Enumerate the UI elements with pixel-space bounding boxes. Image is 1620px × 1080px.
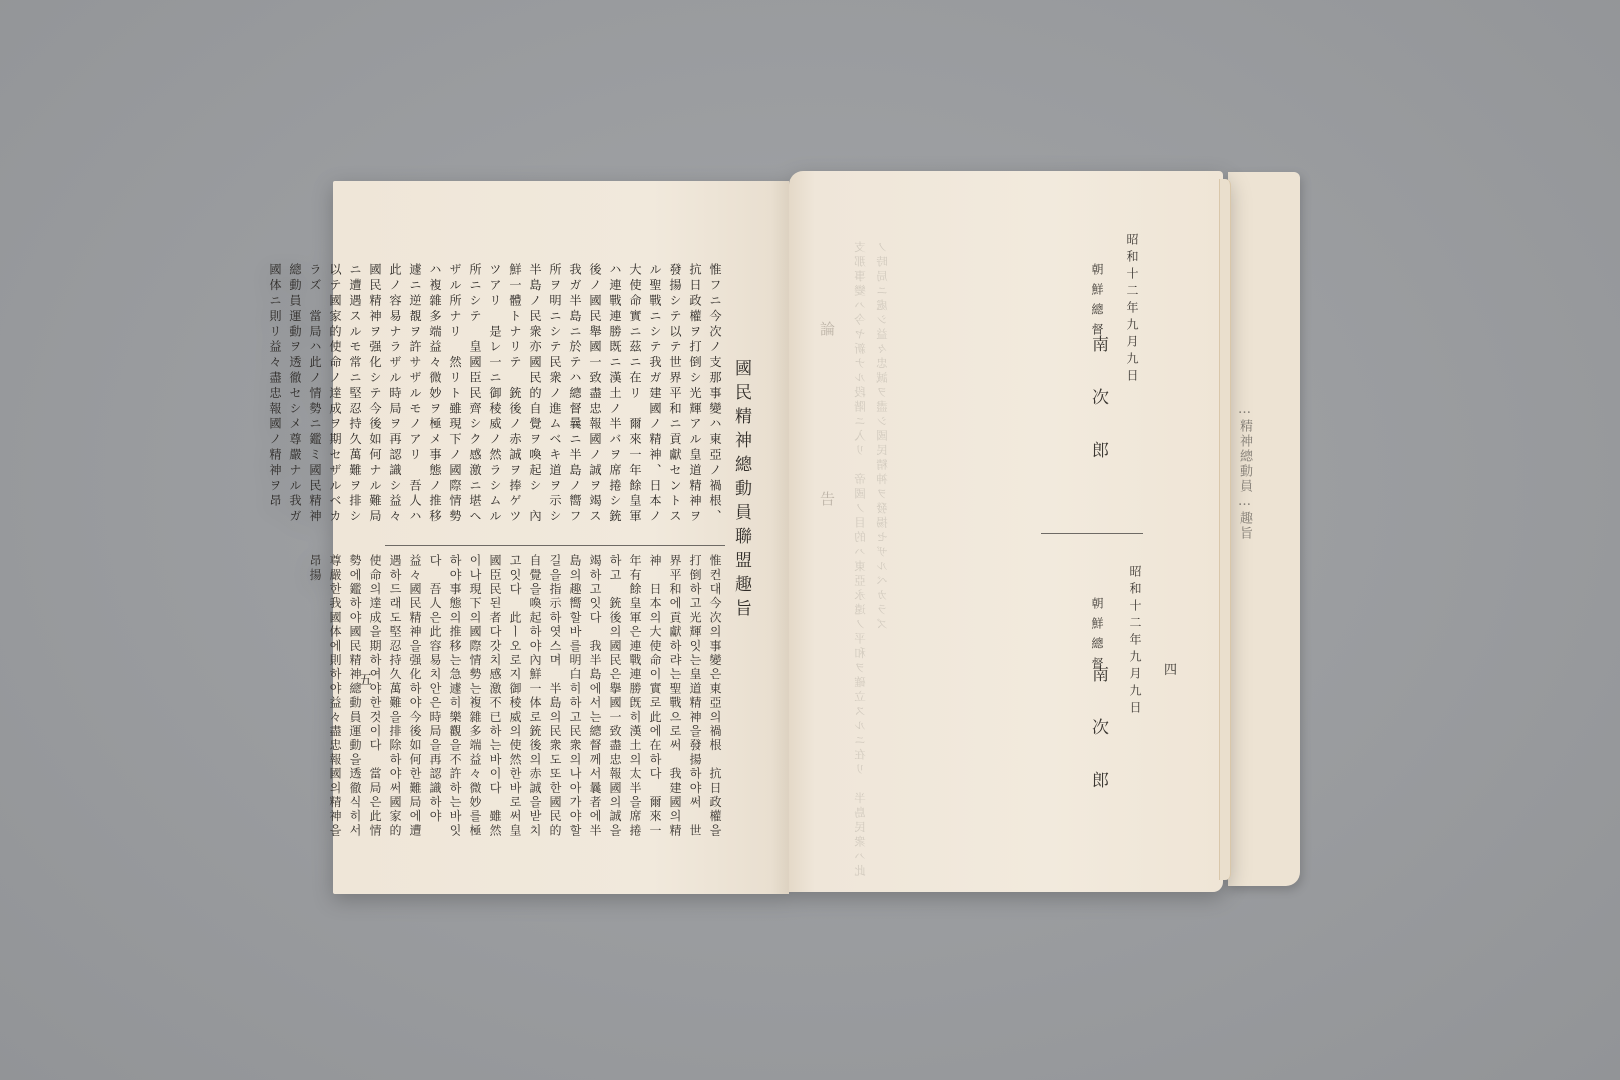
page-number-right: 四 (1164, 659, 1177, 678)
signature-name-korean: 南次郎 (1086, 665, 1111, 824)
japanese-body-text: 惟フニ今次ノ支那事變ハ東亞ノ禍根、抗日政權ヲ打倒シ光輝アル皇道精神ヲ發揚シテ以テ… (385, 263, 725, 531)
underlying-booklet-page: …精神總動員…趣旨 (1228, 172, 1300, 886)
right-page: 支那事變ハ今ヤ新ナル段階ニ入リ 帝國ノ目的ハ東亞永遠ノ平和ヲ確立スルニ在リ 半島… (789, 171, 1223, 892)
signature-name-japanese: 南次郎 (1086, 335, 1111, 494)
signature-office-japanese: 朝鮮總督 (1089, 263, 1106, 343)
signature-date-japanese: 昭和十二年九月九日 (1124, 233, 1141, 386)
left-page: 國民精神總動員聯盟趣旨 惟フニ今次ノ支那事變ハ東亞ノ禍根、抗日政權ヲ打倒シ光輝ア… (333, 181, 789, 894)
open-booklet: 國民精神總動員聯盟趣旨 惟フニ今次ノ支那事變ハ東亞ノ禍根、抗日政權ヲ打倒シ光輝ア… (333, 181, 1226, 894)
signature-date-korean: 昭和十二年九月九日 (1127, 565, 1144, 718)
page-title: 國民精神總動員聯盟趣旨 (729, 359, 754, 623)
page-number-left: 五 (359, 669, 372, 688)
korean-body-text: 惟컨대今次의事變은東亞의禍根 抗日政權을打倒하고光輝잇는皇道精神을發揚하야써 世… (385, 554, 725, 846)
section-divider (385, 545, 725, 546)
bleed-through-text: 支那事變ハ今ヤ新ナル段階ニ入リ 帝國ノ目的ハ東亞永遠ノ平和ヲ確立スルニ在リ 半島… (849, 241, 1099, 881)
back-page-edge-title: …精神總動員…趣旨 (1236, 402, 1254, 541)
faint-heading: 論 告 (817, 321, 838, 576)
page-stack-edge (1219, 179, 1231, 880)
section-divider-right (1041, 533, 1143, 534)
